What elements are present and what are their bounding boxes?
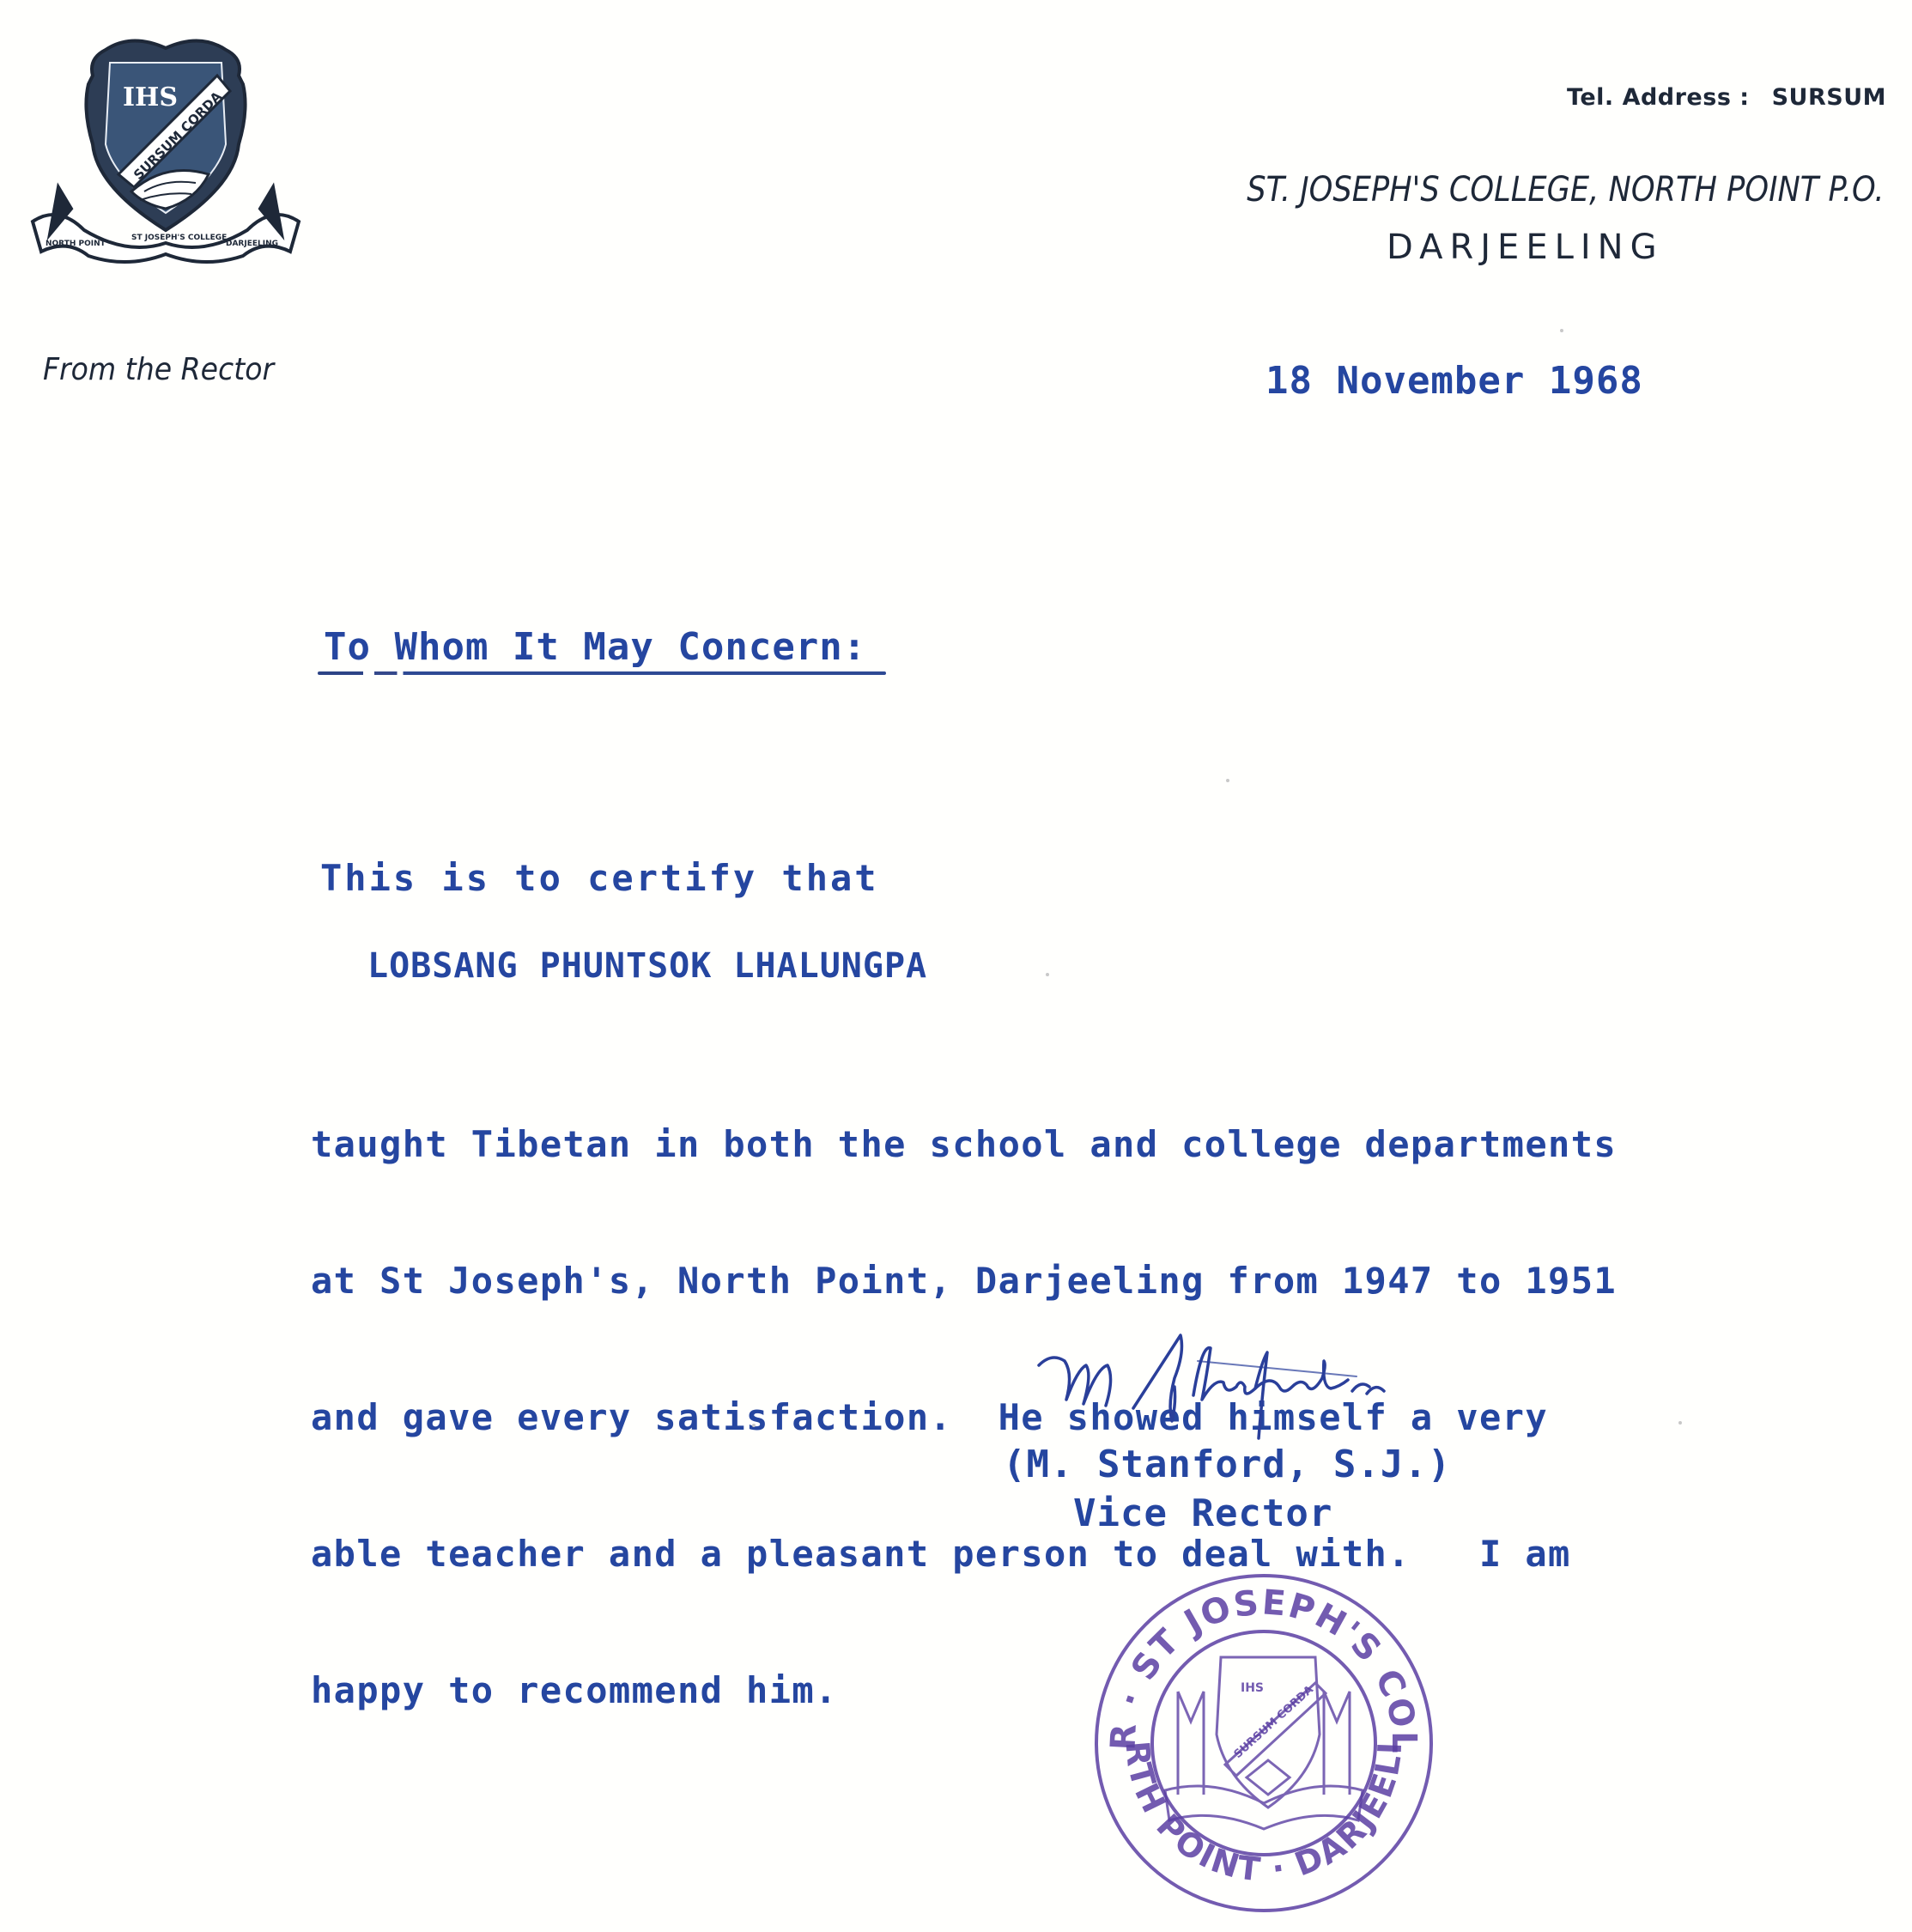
svg-text:ST JOSEPH'S COLLEGE: ST JOSEPH'S COLLEGE xyxy=(131,234,227,242)
body-line: at St Joseph's, North Point, Darjeeling … xyxy=(311,1258,1617,1303)
paper-speck xyxy=(1678,1421,1682,1425)
salutation: To Whom It May Concern: xyxy=(324,625,866,669)
subject-name: LOBSANG PHUNTSOK LHALUNGPA xyxy=(367,946,927,986)
svg-text:NORTH POINT: NORTH POINT xyxy=(46,240,106,248)
letter-date: 18 November 1968 xyxy=(1266,359,1643,403)
svg-text:IHS: IHS xyxy=(1241,1681,1264,1695)
tel-value: SURSUM xyxy=(1772,84,1886,111)
institution-city: DARJEELING xyxy=(1387,228,1664,267)
handwritten-signature xyxy=(1030,1327,1477,1447)
salutation-underline xyxy=(318,671,886,675)
telegraphic-address: Tel. Address :SURSUM xyxy=(1567,84,1886,111)
paper-speck xyxy=(1226,779,1229,782)
paper-speck xyxy=(1560,329,1563,332)
school-crest-icon: IHS SURSUM CORDA ST JOSEPH'S COLLEGE NOR… xyxy=(24,24,307,273)
rector-seal-icon: RECTOR · ST JOSEPH'S COLLEGE · NORTH POI… xyxy=(1083,1563,1444,1923)
paper-speck xyxy=(1046,973,1049,976)
signee-name: (M. Stanford, S.J.) xyxy=(1003,1443,1451,1486)
body-line: taught Tibetan in both the school and co… xyxy=(311,1121,1617,1167)
certify-intro: This is to certify that xyxy=(320,857,879,899)
from-rector: From the Rector xyxy=(43,352,274,387)
paper-speck xyxy=(752,1424,756,1427)
signee-title: Vice Rector xyxy=(1073,1492,1332,1535)
letter-page: IHS SURSUM CORDA ST JOSEPH'S COLLEGE NOR… xyxy=(0,0,1912,1932)
institution-name: ST. JOSEPH'S COLLEGE, NORTH POINT P.O. xyxy=(1247,170,1885,210)
svg-text:IHS: IHS xyxy=(123,82,178,112)
svg-text:DARJEELING: DARJEELING xyxy=(226,240,278,248)
tel-label: Tel. Address : xyxy=(1567,84,1750,111)
